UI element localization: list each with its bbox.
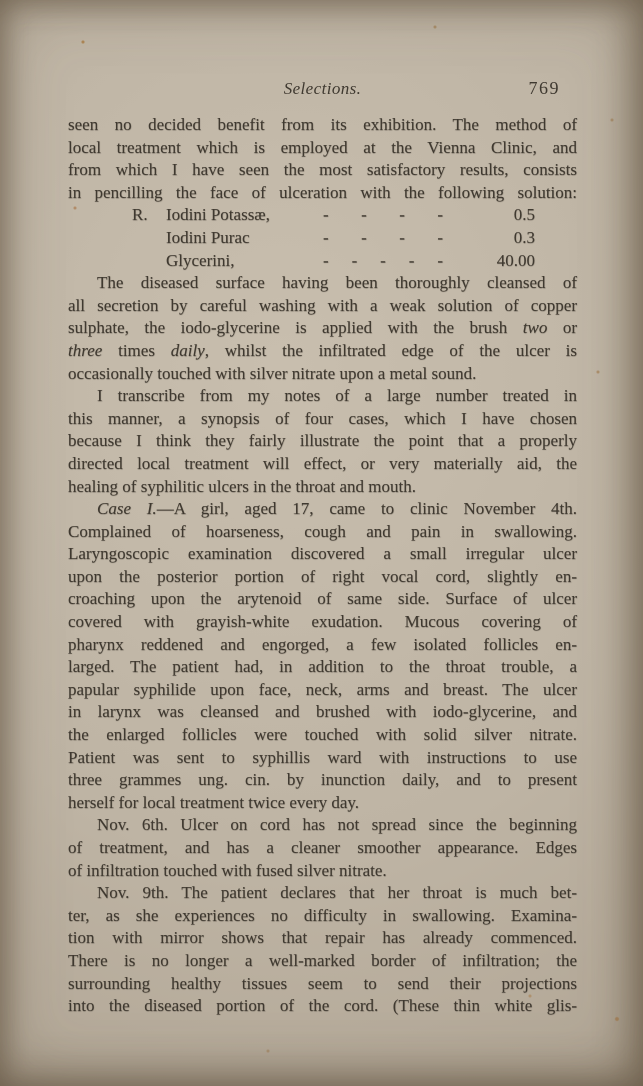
prescription-block: R.Iodini Potassæ,----0.5Iodini Purac----… [68, 204, 577, 272]
text-line: ter, as she experiences no difficulty in… [68, 905, 577, 928]
text-line: this manner, a synopsis of four cases, w… [68, 408, 577, 431]
text-line: tion with mirror shows that repair has a… [68, 927, 577, 950]
text-line: because I think they fairly illustrate t… [68, 430, 577, 453]
ingredient-quantity: 0.5 [473, 204, 535, 227]
text-line: into the diseased portion of the cord. (… [68, 995, 577, 1018]
dash-leader: - [380, 250, 386, 273]
text-line: in pencilling the face of ulceration wit… [68, 182, 577, 205]
text-line: of infiltration touched with fused silve… [68, 860, 577, 883]
paragraph: seen no decided benefit from its exhibit… [68, 114, 577, 204]
dash-leader: - [437, 227, 443, 250]
text-line: Nov. 9th. The patient declares that her … [68, 882, 577, 905]
text-line: Laryngoscopic examination discovered a s… [68, 543, 577, 566]
text-line: The diseased surface having been thoroug… [68, 272, 577, 295]
paragraph: Nov. 6th. Ulcer on cord has not spread s… [68, 814, 577, 882]
text-line: sulphate, the iodo-glycerine is applied … [68, 317, 577, 340]
text-line: upon the posterior portion of right voca… [68, 566, 577, 589]
text-line: Nov. 6th. Ulcer on cord has not spread s… [68, 814, 577, 837]
text-line: pharynx reddened and engorged, a few iso… [68, 634, 577, 657]
text-line: croaching upon the arytenoid of same sid… [68, 588, 577, 611]
text-line: I transcribe from my notes of a large nu… [68, 385, 577, 408]
prescription-row: Iodini Purac----0.3 [68, 227, 577, 250]
text-line: of treatment, and has a cleaner smoother… [68, 837, 577, 860]
text-line: larged. The patient had, in addition to … [68, 656, 577, 679]
scanned-book-page: Selections. 769 seen no decided benefit … [0, 0, 643, 1086]
ingredient-quantity: 0.3 [473, 227, 535, 250]
dash-leaders: ----- [323, 250, 473, 273]
prescription-row: R.Iodini Potassæ,----0.5 [68, 204, 577, 227]
dash-leader: - [352, 250, 358, 273]
text-line: all secretion by careful washing with a … [68, 295, 577, 318]
dash-leader: - [323, 227, 329, 250]
text-line: occasionally touched with silver nitrate… [68, 363, 577, 386]
text-line: local treatment which is employed at the… [68, 137, 577, 160]
page-content: Selections. 769 seen no decided benefit … [68, 0, 577, 1018]
text-line: covered with grayish-white exudation. Mu… [68, 611, 577, 634]
paragraph: Nov. 9th. The patient declares that her … [68, 882, 577, 1018]
text-line: in larynx was cleansed and brushed with … [68, 701, 577, 724]
text-line: Case I.—A girl, aged 17, came to clinic … [68, 498, 577, 521]
text-line: healing of syphilitic ulcers in the thro… [68, 476, 577, 499]
text-line: three times daily, whilst the infiltrate… [68, 340, 577, 363]
ingredient-name: Iodini Potassæ, [166, 204, 323, 227]
text-line: Complained of hoarseness, cough and pain… [68, 521, 577, 544]
paragraph: The diseased surface having been thoroug… [68, 272, 577, 385]
dash-leader: - [361, 227, 367, 250]
dash-leaders: ---- [323, 227, 473, 250]
text-line: seen no decided benefit from its exhibit… [68, 114, 577, 137]
dash-leader: - [437, 204, 443, 227]
text-line: herself for local treatment twice every … [68, 792, 577, 815]
page-header: Selections. 769 [68, 79, 577, 101]
text-line: the enlarged follicles were touched with… [68, 724, 577, 747]
text-line: directed local treatment will effect, or… [68, 453, 577, 476]
dash-leaders: ---- [323, 204, 473, 227]
text-line: surrounding healthy tissues seem to send… [68, 973, 577, 996]
dash-leader: - [361, 204, 367, 227]
text-line: There is no longer a well-marked border … [68, 950, 577, 973]
ingredient-name: Glycerini, [166, 250, 323, 273]
dash-leader: - [323, 250, 329, 273]
page-number: 769 [529, 78, 561, 99]
dash-leader: - [437, 250, 443, 273]
text-line: from which I have seen the most satisfac… [68, 159, 577, 182]
dash-leader: - [399, 227, 405, 250]
running-title: Selections. [284, 79, 362, 99]
dash-leader: - [323, 204, 329, 227]
prescription-row: Glycerini,-----40.00 [68, 250, 577, 273]
text-line: Patient was sent to syphillis ward with … [68, 747, 577, 770]
ingredient-name: Iodini Purac [166, 227, 323, 250]
rx-symbol: R. [132, 204, 166, 227]
ingredient-quantity: 40.00 [473, 250, 535, 273]
text-line: three grammes ung. cin. by inunction dai… [68, 769, 577, 792]
paragraph: I transcribe from my notes of a large nu… [68, 385, 577, 498]
body-text: seen no decided benefit from its exhibit… [68, 114, 577, 1018]
dash-leader: - [399, 204, 405, 227]
text-line: papular syphilide upon face, neck, arms … [68, 679, 577, 702]
paragraph: Case I.—A girl, aged 17, came to clinic … [68, 498, 577, 814]
dash-leader: - [409, 250, 415, 273]
